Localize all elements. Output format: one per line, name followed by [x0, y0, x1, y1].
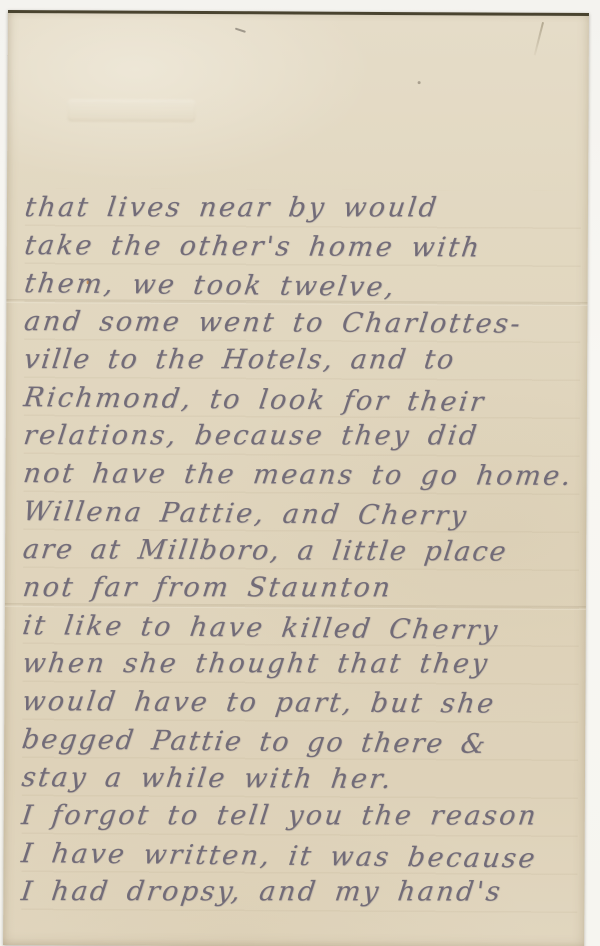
handwritten-line: are at Millboro, a little place: [21, 530, 582, 571]
handwritten-line: take the other's home with: [22, 226, 583, 267]
handwritten-line: I had dropsy, and my hand's: [19, 872, 580, 910]
handwritten-line: them, we took twelve,: [22, 264, 583, 308]
handwritten-line: that lives near by would: [23, 188, 584, 226]
handwritten-line: not have the means to go home.: [21, 454, 582, 495]
handwritten-line: stay a while with her.: [20, 758, 581, 799]
pencil-speck-mark: [235, 28, 246, 33]
handwritten-text-block: that lives near by would take the other'…: [21, 188, 581, 913]
handwritten-line: not far from Staunton: [21, 568, 582, 606]
top-right-crease-mark: [534, 22, 544, 55]
handwritten-line: when she thought that they: [20, 644, 581, 682]
handwritten-line: begged Pattie to go there &: [20, 720, 581, 764]
handwritten-line: would have to part, but she: [20, 682, 581, 723]
paper-speck: [418, 81, 421, 84]
letter-page: that lives near by would take the other'…: [3, 10, 589, 946]
handwritten-line: and some went to Charlottes-: [22, 302, 583, 343]
handwritten-line: I forgot to tell you the reason: [19, 796, 580, 834]
embossed-stationery-stamp: [67, 99, 195, 122]
handwritten-line: relations, because they did: [21, 416, 582, 454]
handwritten-line: ville to the Hotels, and to: [22, 340, 583, 378]
handwritten-line: Willena Pattie, and Cherry: [21, 492, 582, 536]
